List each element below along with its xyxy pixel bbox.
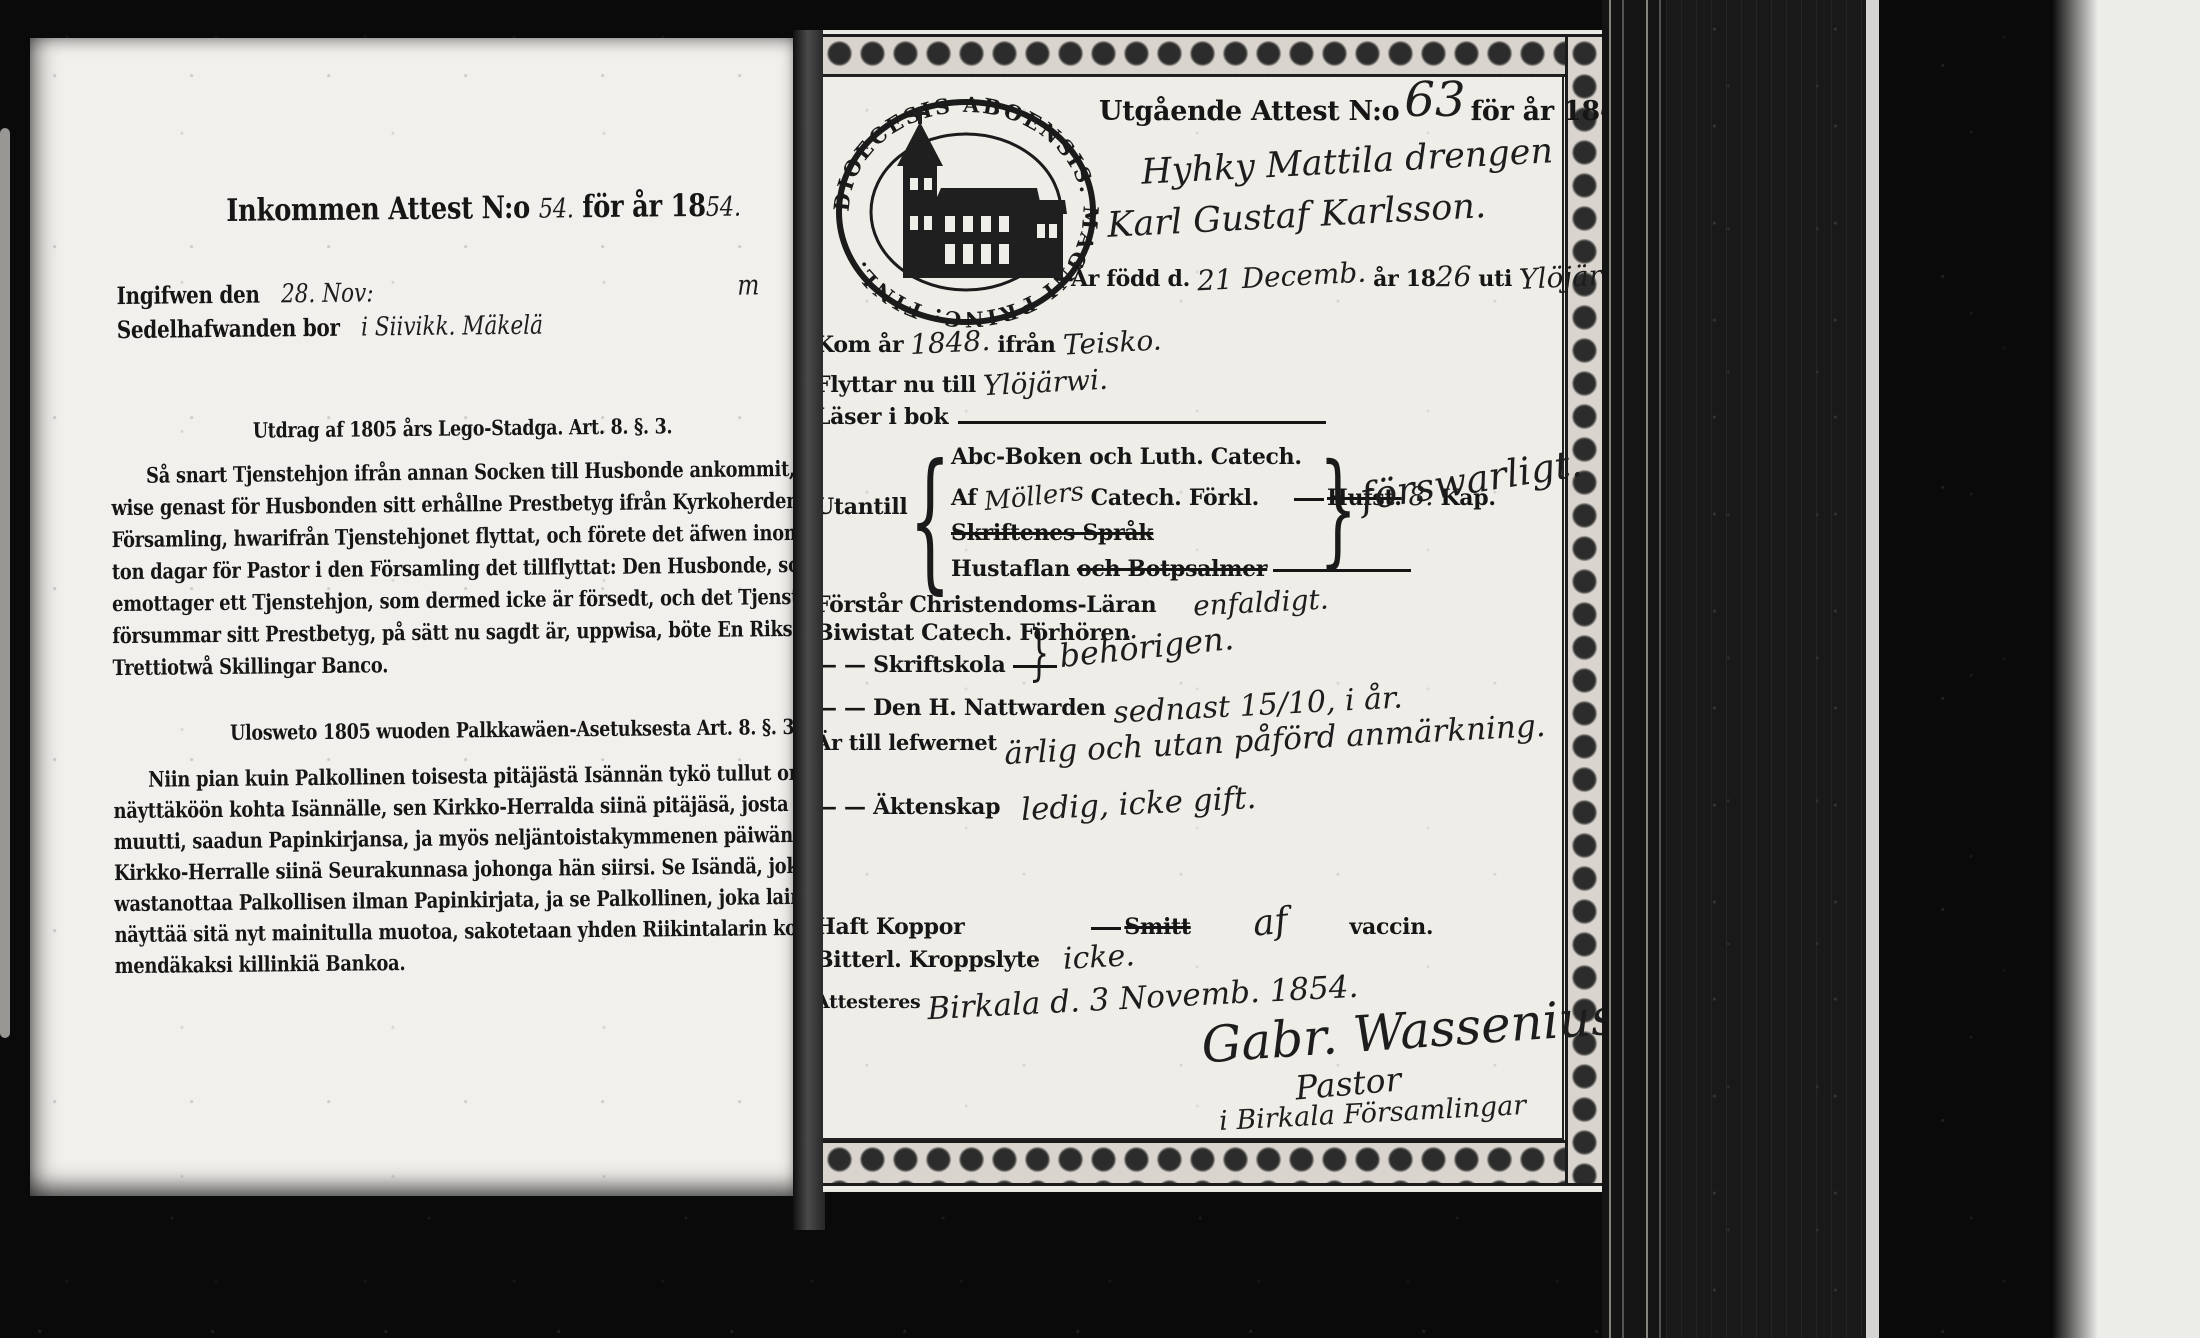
smallpox-hand-value: af xyxy=(1251,900,1290,944)
book-cover xyxy=(1666,0,1866,1338)
item-moller-hand: Möllers xyxy=(982,477,1085,517)
item-of-label: Af xyxy=(951,485,977,511)
cover-light-strip xyxy=(1866,0,1879,1338)
incoming-attest-title-text: Inkommen Attest N:o xyxy=(226,190,530,229)
statute-finnish-text: Niin pian kuin Palkollinen toisesta pitä… xyxy=(114,761,795,979)
communion-line: — — Den H. Nattwarden sednast 15/10, i å… xyxy=(823,688,1402,723)
bodily-defect-value: icke. xyxy=(1062,938,1136,977)
memorized-item-abc: Abc-Boken och Luth. Catech. xyxy=(951,444,1302,470)
diocese-seal: DIOECESIS ABOENSIS. MAGNI PRINC: FINL. xyxy=(825,88,1107,340)
conduct-line: Är till lefwernet ärlig och utan påförd … xyxy=(823,722,1546,758)
birth-line: Är född d. 21 Decemb. år 1826 uti Ylöjär… xyxy=(1071,260,1610,293)
memorized-brace-open: { xyxy=(909,432,951,609)
rosette-border-bottom xyxy=(823,1140,1568,1186)
received-date-label: Ingifwen den xyxy=(116,280,259,311)
confirmation-school-line: — — Skriftskola xyxy=(823,652,1057,678)
arrival-from-label: ifrån xyxy=(997,332,1055,358)
moving-place: Ylöjärwi. xyxy=(982,363,1108,402)
confirmation-school-label: — — Skriftskola xyxy=(823,652,1005,678)
arrival-label: Kom år xyxy=(823,332,903,358)
smallpox-line: Haft Koppor Smitt af vaccin. xyxy=(823,902,1433,943)
bodily-defect-label: Bitterl. Kroppslyte xyxy=(823,947,1040,973)
examinations-value-line: behörigen. xyxy=(1059,628,1234,666)
outgoing-attest-title-text: Utgående Attest N:o xyxy=(1099,96,1399,127)
arrival-year: 1848. xyxy=(909,324,991,361)
blank-rule xyxy=(958,421,1326,424)
incoming-attest-title: Inkommen Attest N:o 54. för år 1854. xyxy=(226,188,741,229)
reading-line: Läser i bok xyxy=(823,404,1326,430)
received-date-line: Ingifwen den 28. Nov: xyxy=(116,278,373,311)
memorized-label-text: Utantill xyxy=(823,494,907,520)
item-psalms-struck: och Botpsalmer xyxy=(1077,556,1267,582)
page-edge-lines xyxy=(1602,0,1666,1338)
outgoing-attest-header: Utgående Attest N:o 63 för år 1854. xyxy=(1099,76,1610,132)
arrival-line: Kom år 1848. ifrån Teisko. xyxy=(823,326,1161,359)
statute-finnish-heading: Ulosweto 1805 wuoden Palkkawäen-Asetukse… xyxy=(230,714,795,745)
bodily-defect-line: Bitterl. Kroppslyte icke. xyxy=(823,940,1135,975)
birth-label: Är född d. xyxy=(1071,266,1190,292)
birth-year-label: år 18 xyxy=(1373,266,1436,292)
item-hustavla-text: Hustaflan xyxy=(951,556,1070,582)
birth-place-label: uti xyxy=(1478,266,1512,292)
attestation-label: Attesteres xyxy=(823,991,920,1013)
reading-label: Läser i bok xyxy=(823,404,948,430)
marriage-value: ledig, icke gift. xyxy=(1020,780,1257,828)
moving-label: Flyttar nu till xyxy=(823,372,976,398)
catechism-understanding-line: Förstår Christendoms-Läran enfaldigt. xyxy=(823,586,1329,619)
memorized-item-scripture: Skriftenes Språk xyxy=(951,520,1153,546)
marriage-line: — — Äktenskap ledig, icke gift. xyxy=(823,786,1257,822)
incoming-attest-number: 54. xyxy=(539,193,574,224)
examinations-brace: } xyxy=(1029,616,1049,688)
page-edge-sliver xyxy=(0,128,10,1038)
birth-day: 21 Decemb. xyxy=(1196,256,1367,298)
understanding-value: enfaldigt. xyxy=(1193,582,1330,622)
book-gutter xyxy=(793,30,825,1230)
statute-swedish-text: Så snart Tjenstehjon ifrån annan Socken … xyxy=(111,456,795,681)
holder-line: Sedelhafwanden bor i Siivikk. Mäkelä xyxy=(117,311,543,345)
outgoing-attest-number: 63 xyxy=(1404,72,1465,128)
communion-label: — — Den H. Nattwarden xyxy=(823,695,1106,721)
smallpox-struck: Smitt xyxy=(1091,914,1190,940)
margin-mark: m xyxy=(737,268,759,301)
incoming-attest-year-label: för år 18 xyxy=(582,188,706,225)
smallpox-label: Haft Koppor xyxy=(823,914,964,940)
holder-value: i Siivikk. Mäkelä xyxy=(361,311,543,343)
item-scripture-struck: Skriftenes Språk xyxy=(951,520,1153,546)
statute-swedish-paragraph: Så snart Tjenstehjon ifrån annan Socken … xyxy=(111,453,795,686)
holder-label: Sedelhafwanden bor xyxy=(117,313,340,344)
right-page: DIOECESIS ABOENSIS. MAGNI PRINC: FINL. xyxy=(823,30,1610,1192)
understanding-label: Förstår Christendoms-Läran xyxy=(823,592,1156,618)
birth-place: Ylöjärwi xyxy=(1518,257,1610,296)
outgoing-attest-year-label: för år 18 xyxy=(1471,96,1600,127)
scan-background-right xyxy=(2052,0,2200,1338)
left-page-content: Inkommen Attest N:o 54. för år 1854. Ing… xyxy=(30,38,795,1196)
moving-line: Flyttar nu till Ylöjärwi. xyxy=(823,366,1108,399)
vaccine-label: vaccin. xyxy=(1350,914,1434,940)
left-page: Inkommen Attest N:o 54. för år 1854. Ing… xyxy=(30,38,795,1196)
statute-finnish-paragraph: Niin pian kuin Palkollinen toisesta pitä… xyxy=(113,757,795,983)
memorized-brace-close: } xyxy=(1319,438,1357,582)
birth-year: 26 xyxy=(1436,260,1472,293)
memorized-label: Utantill xyxy=(823,494,907,520)
incoming-attest-year: 54. xyxy=(706,192,741,223)
statute-swedish-heading: Utdrag af 1805 års Lego-Stadga. Art. 8. … xyxy=(253,413,673,442)
rosette-border-top xyxy=(823,34,1568,77)
item-catechism-text: Catech. Förkl. xyxy=(1091,485,1259,511)
memorized-item-abc-text: Abc-Boken och Luth. Catech. xyxy=(951,444,1302,470)
book-scan: Inkommen Attest N:o 54. för år 1854. Ing… xyxy=(0,0,2200,1338)
conduct-label: Är till lefwernet xyxy=(823,730,997,755)
marriage-label: — — Äktenskap xyxy=(823,794,1000,820)
arrival-place: Teisko. xyxy=(1062,323,1162,361)
received-date-value: 28. Nov: xyxy=(281,278,374,309)
